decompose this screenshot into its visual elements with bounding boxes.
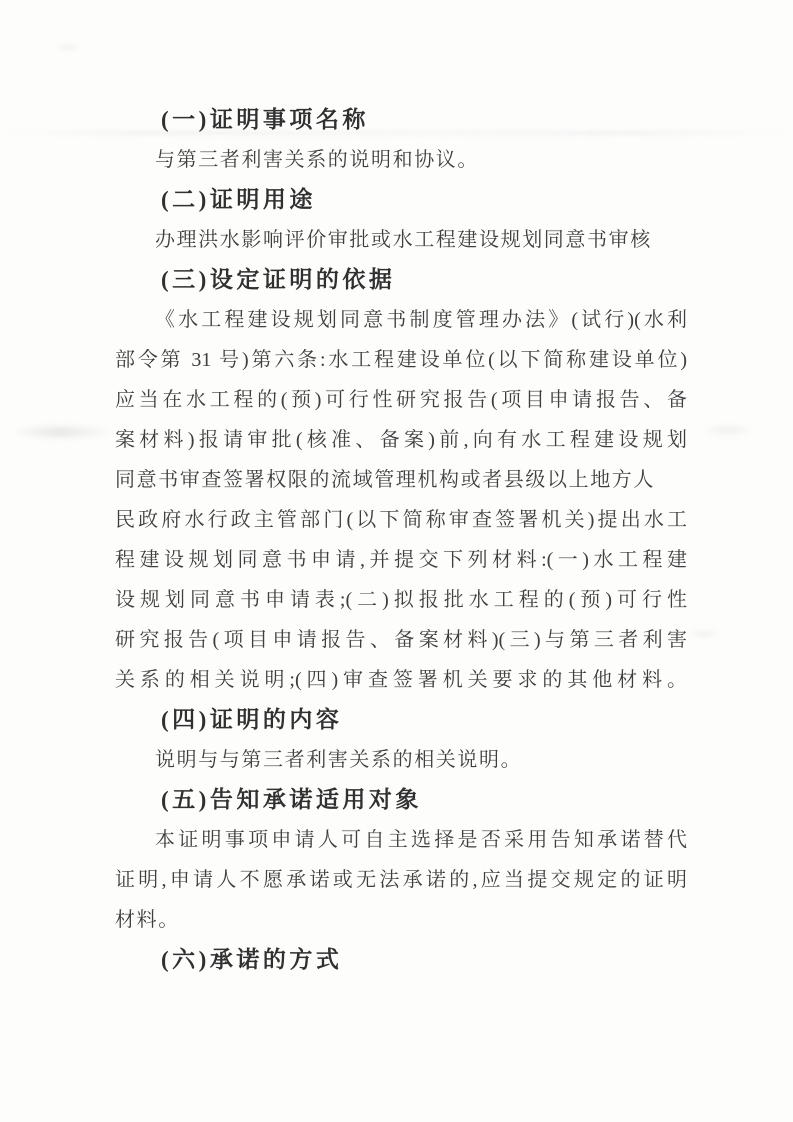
section-heading: (五)告知承诺适用对象: [115, 780, 687, 820]
scan-smudge: [702, 424, 754, 437]
section-heading: (四)证明的内容: [115, 700, 687, 740]
paragraph-line: 与第三者利害关系的说明和协议。: [115, 140, 687, 180]
paragraph-line: 证明,申请人不愿承诺或无法承诺的,应当提交规定的证明: [115, 860, 687, 900]
paragraph-line: 材料。: [115, 900, 687, 940]
paragraph-line: 本证明事项申请人可自主选择是否采用告知承诺替代: [115, 820, 687, 860]
scan-smudge: [686, 628, 722, 639]
section-heading: (三)设定证明的依据: [115, 260, 687, 300]
document-content: (一)证明事项名称与第三者利害关系的说明和协议。(二)证明用途办理洪水影响评价审…: [115, 100, 687, 980]
scan-smudge: [12, 424, 110, 440]
paragraph-line: 说明与与第三者利害关系的相关说明。: [115, 740, 687, 780]
section-heading: (六)承诺的方式: [115, 940, 687, 980]
scan-smudge: [55, 44, 81, 51]
paragraph-line: 案材料)报请审批(核准、备案)前,向有水工程建设规划: [115, 420, 687, 460]
section-heading: (二)证明用途: [115, 180, 687, 220]
paragraph-line: 民政府水行政主管部门(以下简称审查签署机关)提出水工: [115, 500, 687, 540]
scanned-document-page: (一)证明事项名称与第三者利害关系的说明和协议。(二)证明用途办理洪水影响评价审…: [0, 0, 793, 1122]
paragraph-line: 研究报告(项目申请报告、备案材料)(三)与第三者利害: [115, 620, 687, 660]
paragraph-line: 《水工程建设规划同意书制度管理办法》(试行)(水利: [115, 300, 687, 340]
paragraph-line: 关系的相关说明;(四)审查签署机关要求的其他材料。: [115, 660, 687, 700]
paragraph-line: 程建设规划同意书申请,并提交下列材料:(一)水工程建: [115, 540, 687, 580]
paragraph-line: 同意书审查签署权限的流域管理机构或者县级以上地方人: [115, 460, 687, 500]
paragraph-line: 设规划同意书申请表;(二)拟报批水工程的(预)可行性: [115, 580, 687, 620]
section-heading: (一)证明事项名称: [115, 100, 687, 140]
paragraph-line: 应当在水工程的(预)可行性研究报告(项目申请报告、备: [115, 380, 687, 420]
paragraph-line: 办理洪水影响评价审批或水工程建设规划同意书审核: [115, 220, 687, 260]
paragraph-line: 部令第 31 号)第六条:水工程建设单位(以下简称建设单位): [115, 340, 687, 380]
